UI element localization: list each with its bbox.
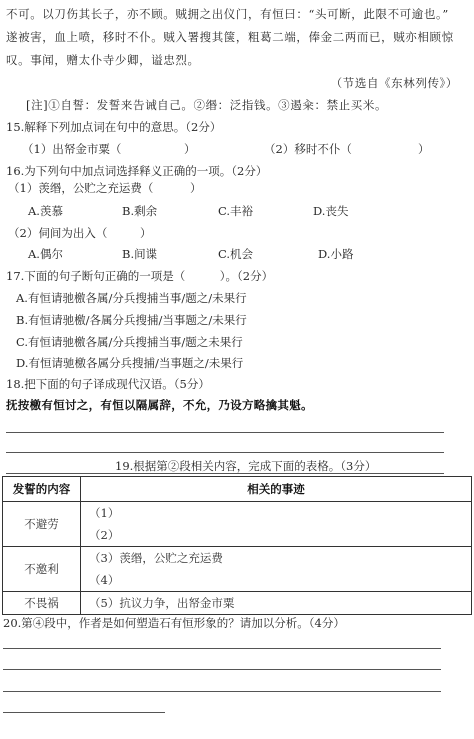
- q16-title: 16.为下列句中加点词选择释义正确的一项。（2分）: [6, 163, 267, 179]
- table-row: 不邀利 （3）羡缗，公贮之充运费 （4）: [3, 547, 472, 592]
- q16-sub2-option-a: A.偶尔: [28, 246, 63, 262]
- table-cell-vow: 不畏祸: [3, 592, 81, 615]
- q15-item1: （1）出帑金市粟（: [22, 141, 121, 157]
- q16-sub2-prompt: （2）伺间为出入（: [8, 225, 107, 241]
- table-cell-vow: 不避劳: [3, 502, 81, 547]
- q18-answer-line-2[interactable]: [6, 452, 444, 453]
- q20-answer-line-1[interactable]: [3, 648, 441, 649]
- table-header-row: 发誓的内容 相关的事迹: [3, 477, 472, 502]
- vow-deeds-table: 发誓的内容 相关的事迹 不避劳 （1） （2） 不邀利 （3）羡缗，公贮之充运费…: [2, 476, 472, 615]
- q17-option-d: D.有恒请驰檄各属分兵搜捕/当事题之/未果行: [16, 355, 243, 371]
- passage-source: （节选自《东林列传》）: [331, 75, 458, 91]
- q16-sub2-option-b: B.间谍: [122, 246, 157, 262]
- table-header-deeds: 相关的事迹: [81, 477, 472, 502]
- deed-item-1[interactable]: （1）: [81, 502, 471, 524]
- passage-line-3: 叹。事闻，赠太仆寺少卿，谥忠烈。: [6, 52, 200, 68]
- q17-option-a: A.有恒请驰檄各属/分兵搜捕当事/题之/未果行: [16, 290, 247, 306]
- deed-item-3: （3）羡缗，公贮之充运费: [81, 547, 471, 569]
- deed-item-5: （5）抗议力争，出帑金市粟: [81, 592, 471, 614]
- q20-title: 20.第④段中，作者是如何塑造石有恒形象的？请加以分析。（4分）: [3, 615, 345, 631]
- q17-option-c: C.有恒请驰檄各属/分兵搜捕当事/题之未果行: [16, 334, 243, 350]
- q16-sub1-prompt: （1）羡缗，公贮之充运费（: [8, 180, 153, 196]
- deed-item-4[interactable]: （4）: [81, 569, 471, 591]
- q16-sub1-option-a: A.羡慕: [28, 203, 63, 219]
- q15-item2-close: ）: [418, 141, 430, 157]
- q15-item1-close: ）: [184, 141, 196, 157]
- q17-title: 17.下面的句子断句正确的一项是（ ）。（2分）: [6, 268, 273, 284]
- q16-sub1-close: ）: [190, 180, 202, 196]
- table-cell-deeds: （5）抗议力争，出帑金市粟: [81, 592, 472, 615]
- q20-answer-line-3[interactable]: [3, 691, 441, 692]
- q16-sub2-option-c: C.机会: [218, 246, 253, 262]
- q16-sub1-option-c: C.丰裕: [218, 203, 253, 219]
- q16-sub2-close: ）: [140, 225, 152, 241]
- table-cell-vow: 不邀利: [3, 547, 81, 592]
- table-cell-deeds[interactable]: （1） （2）: [81, 502, 472, 547]
- q18-answer-line-1[interactable]: [6, 432, 444, 433]
- passage-line-1: 不可。以刀伤其长子，亦不顾。贼拥之出仪门，有恒曰：“头可断，此限不可逾也。”: [6, 6, 449, 22]
- q20-answer-line-2[interactable]: [3, 669, 441, 670]
- table-row: 不畏祸 （5）抗议力争，出帑金市粟: [3, 592, 472, 615]
- deed-item-2[interactable]: （2）: [81, 524, 471, 546]
- q19-title: 19.根据第②段相关内容，完成下面的表格。（3分）: [115, 458, 376, 474]
- q17-option-b: B.有恒请驰檄/各属分兵搜捕/当事题之/未果行: [16, 312, 247, 328]
- q18-title: 18.把下面的句子译成现代汉语。（5分）: [6, 376, 210, 392]
- q18-answer-line-4[interactable]: [6, 473, 114, 474]
- q15-title: 15.解释下列加点词在句中的意思。（2分）: [6, 119, 221, 135]
- q15-item2: （2）移时不仆（: [264, 141, 352, 157]
- q18-sentence: 抚按檄有恒讨之，有恒以隔属辞，不允，乃设方略擒其魁。: [6, 397, 313, 413]
- q16-sub1-option-b: B.剩余: [122, 203, 157, 219]
- passage-notes: [注]①自誓：发誓来告诫自己。②缗：泛指钱。③遏籴：禁止买米。: [26, 97, 387, 113]
- q16-sub1-option-d: D.丧失: [313, 203, 348, 219]
- passage-line-2: 遂被害，血上喷，移时不仆。贼入署搜其箧，粗葛二端，俸金二两而已，贼亦相顾惊: [6, 29, 454, 45]
- table-header-vow: 发誓的内容: [3, 477, 81, 502]
- table-row: 不避劳 （1） （2）: [3, 502, 472, 547]
- q20-answer-line-4[interactable]: [3, 712, 165, 713]
- table-cell-deeds[interactable]: （3）羡缗，公贮之充运费 （4）: [81, 547, 472, 592]
- q16-sub2-option-d: D.小路: [318, 246, 353, 262]
